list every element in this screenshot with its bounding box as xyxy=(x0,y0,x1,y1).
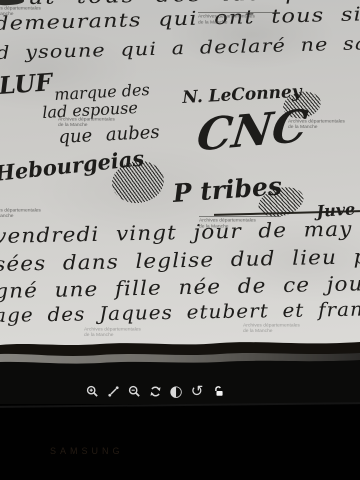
monitor-brand-logo: SAMSUNG xyxy=(50,446,124,456)
resize-icon[interactable] xyxy=(106,384,120,398)
photo-viewer-canvas[interactable]: ut tous des lad part des demeurants qui … xyxy=(0,0,360,404)
spouses-mark: LUF xyxy=(0,70,53,98)
manuscript-line: d ysoune qui a declaré ne savoir fa xyxy=(0,33,360,63)
zoom-in-icon[interactable] xyxy=(85,384,99,398)
archive-watermark: Archives départementalesde la Manche xyxy=(58,117,115,128)
archive-watermark: Archives départementalesde la Manche xyxy=(243,323,300,334)
archive-watermark: Archives départementalesde la Manche xyxy=(0,6,41,17)
viewer-toolbar: ◐ ↺ xyxy=(85,382,225,400)
paper-edge xyxy=(0,336,360,366)
archive-watermark: Archives départementalesde la Manche xyxy=(198,12,280,26)
zoom-out-icon[interactable] xyxy=(127,384,141,398)
archive-watermark: Archives départementalesde la Manche xyxy=(288,119,345,130)
rotate-ccw-icon[interactable]: ↺ xyxy=(190,384,204,398)
unlock-icon[interactable] xyxy=(211,384,225,398)
manuscript-page: ut tous des lad part des demeurants qui … xyxy=(0,0,360,348)
manuscript-line: demeurants qui ont tous signé xyxy=(0,4,360,34)
manuscript-line: vendredi vingt jour de may audan t xyxy=(0,216,360,246)
refresh-icon[interactable] xyxy=(148,384,162,398)
manuscript-line: gné une fille née de ce jour du le xyxy=(0,271,360,301)
archive-watermark: Archives départementalesde la Manche xyxy=(0,208,41,219)
archive-watermark: Archives départementalesde la Manche xyxy=(199,216,281,230)
manuscript-line: sées dans leglise dud lieu par nou xyxy=(0,244,360,274)
manuscript-line: age des Jaques etubert et françoise de xyxy=(0,299,360,326)
signature-paraph-large: CNC xyxy=(195,104,310,158)
screen: ut tous des lad part des demeurants qui … xyxy=(0,0,360,480)
contrast-icon[interactable]: ◐ xyxy=(169,384,183,398)
